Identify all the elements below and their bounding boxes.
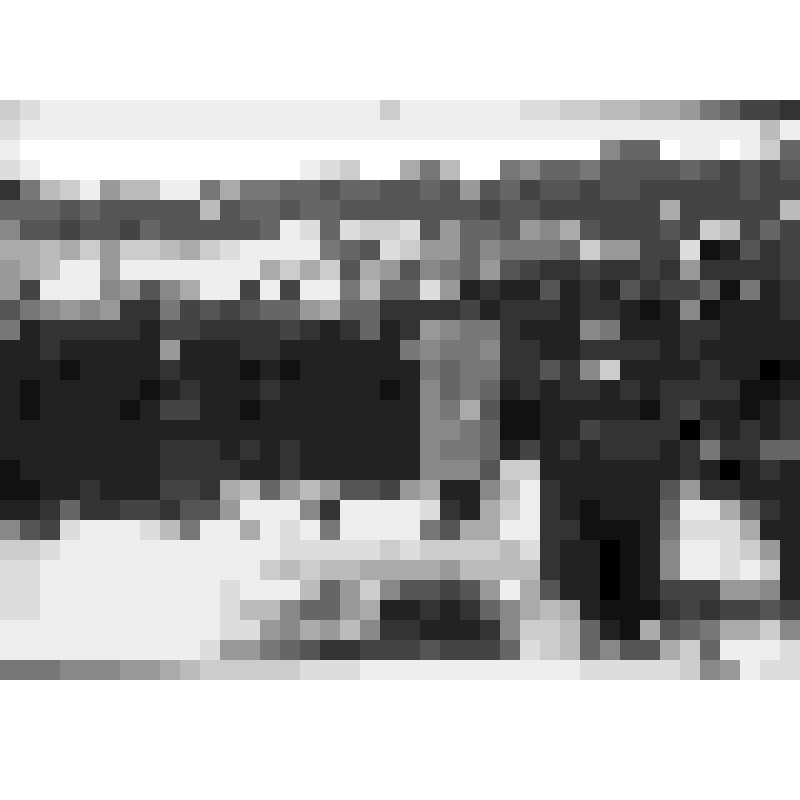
pixel-cell — [680, 540, 700, 560]
pixel-cell — [580, 200, 600, 220]
pixel-cell — [0, 100, 20, 120]
pixel-cell — [420, 160, 440, 180]
pixel-cell — [0, 700, 20, 720]
pixel-cell — [600, 200, 620, 220]
pixel-cell — [660, 460, 680, 480]
pixel-cell — [540, 340, 560, 360]
pixel-cell — [540, 680, 560, 700]
pixel-cell — [20, 200, 40, 220]
pixel-cell — [520, 400, 540, 420]
pixel-cell — [160, 0, 180, 20]
pixel-cell — [420, 0, 440, 20]
pixel-cell — [360, 620, 380, 640]
pixel-cell — [240, 140, 260, 160]
pixel-cell — [700, 620, 720, 640]
pixel-cell — [240, 600, 260, 620]
pixel-cell — [640, 380, 660, 400]
pixel-cell — [440, 780, 460, 800]
pixel-cell — [660, 240, 680, 260]
pixel-cell — [560, 260, 580, 280]
pixel-cell — [780, 260, 800, 280]
pixel-cell — [420, 720, 440, 740]
pixel-cell — [60, 180, 80, 200]
pixel-cell — [180, 580, 200, 600]
pixel-cell — [300, 160, 320, 180]
pixel-cell — [760, 140, 780, 160]
pixel-cell — [680, 140, 700, 160]
pixel-cell — [100, 60, 120, 80]
pixel-cell — [20, 780, 40, 800]
pixel-cell — [740, 540, 760, 560]
pixel-cell — [320, 320, 340, 340]
pixel-cell — [580, 480, 600, 500]
pixel-cell — [20, 300, 40, 320]
pixel-cell — [640, 720, 660, 740]
pixel-cell — [80, 40, 100, 60]
pixel-cell — [700, 260, 720, 280]
pixel-cell — [120, 640, 140, 660]
pixel-cell — [20, 140, 40, 160]
pixel-cell — [360, 480, 380, 500]
pixel-cell — [180, 620, 200, 640]
pixel-cell — [60, 720, 80, 740]
pixel-cell — [440, 280, 460, 300]
pixel-cell — [460, 660, 480, 680]
pixel-cell — [600, 560, 620, 580]
pixel-cell — [380, 60, 400, 80]
pixel-cell — [140, 540, 160, 560]
pixel-cell — [340, 180, 360, 200]
pixel-cell — [780, 240, 800, 260]
pixel-cell — [200, 480, 220, 500]
pixel-cell — [760, 60, 780, 80]
pixel-cell — [140, 200, 160, 220]
pixel-cell — [480, 580, 500, 600]
pixel-cell — [740, 60, 760, 80]
pixel-cell — [440, 320, 460, 340]
pixel-cell — [540, 320, 560, 340]
pixel-cell — [400, 40, 420, 60]
pixel-cell — [40, 560, 60, 580]
pixel-cell — [60, 400, 80, 420]
pixel-cell — [680, 160, 700, 180]
pixel-cell — [360, 640, 380, 660]
pixel-cell — [580, 720, 600, 740]
pixel-cell — [480, 240, 500, 260]
pixel-cell — [140, 420, 160, 440]
pixel-cell — [700, 420, 720, 440]
pixel-cell — [80, 120, 100, 140]
pixel-cell — [160, 700, 180, 720]
pixel-cell — [620, 180, 640, 200]
pixel-cell — [500, 80, 520, 100]
pixel-cell — [760, 120, 780, 140]
pixel-cell — [620, 780, 640, 800]
pixel-cell — [240, 300, 260, 320]
pixel-cell — [80, 740, 100, 760]
pixel-cell — [320, 40, 340, 60]
pixel-cell — [540, 0, 560, 20]
pixel-cell — [700, 220, 720, 240]
pixel-cell — [420, 780, 440, 800]
pixel-cell — [740, 200, 760, 220]
pixel-cell — [580, 420, 600, 440]
pixel-cell — [240, 80, 260, 100]
pixel-cell — [80, 360, 100, 380]
pixel-cell — [680, 780, 700, 800]
pixel-cell — [300, 720, 320, 740]
pixel-cell — [680, 240, 700, 260]
pixel-cell — [280, 0, 300, 20]
pixel-cell — [0, 320, 20, 340]
pixel-cell — [700, 280, 720, 300]
pixel-cell — [180, 320, 200, 340]
pixel-cell — [400, 360, 420, 380]
pixel-cell — [700, 560, 720, 580]
pixel-cell — [420, 700, 440, 720]
pixel-cell — [0, 740, 20, 760]
pixel-cell — [480, 100, 500, 120]
pixel-cell — [120, 340, 140, 360]
pixel-cell — [740, 260, 760, 280]
pixel-cell — [420, 120, 440, 140]
pixel-cell — [380, 440, 400, 460]
pixel-cell — [280, 260, 300, 280]
pixel-cell — [280, 500, 300, 520]
pixel-cell — [520, 280, 540, 300]
pixel-cell — [460, 620, 480, 640]
pixel-cell — [440, 660, 460, 680]
pixel-cell — [440, 620, 460, 640]
pixel-cell — [200, 180, 220, 200]
pixel-cell — [160, 200, 180, 220]
pixel-cell — [240, 680, 260, 700]
pixel-cell — [540, 560, 560, 580]
pixel-cell — [660, 440, 680, 460]
pixel-cell — [640, 300, 660, 320]
pixel-cell — [240, 720, 260, 740]
pixel-cell — [320, 380, 340, 400]
pixel-cell — [500, 220, 520, 240]
pixel-cell — [360, 140, 380, 160]
pixel-cell — [220, 400, 240, 420]
pixel-cell — [780, 100, 800, 120]
pixel-cell — [340, 60, 360, 80]
pixel-cell — [520, 140, 540, 160]
pixel-cell — [780, 460, 800, 480]
pixel-cell — [500, 460, 520, 480]
pixel-cell — [80, 580, 100, 600]
pixel-cell — [660, 780, 680, 800]
pixel-cell — [560, 200, 580, 220]
pixel-cell — [460, 440, 480, 460]
pixel-cell — [40, 100, 60, 120]
pixel-cell — [60, 320, 80, 340]
pixel-cell — [480, 20, 500, 40]
pixel-cell — [180, 180, 200, 200]
pixel-cell — [520, 720, 540, 740]
pixel-cell — [740, 280, 760, 300]
pixel-cell — [380, 80, 400, 100]
pixel-cell — [80, 260, 100, 280]
pixel-cell — [600, 540, 620, 560]
pixel-cell — [640, 620, 660, 640]
pixel-cell — [420, 740, 440, 760]
pixel-cell — [40, 400, 60, 420]
pixel-cell — [140, 240, 160, 260]
pixel-cell — [160, 240, 180, 260]
pixel-cell — [560, 620, 580, 640]
pixel-cell — [120, 100, 140, 120]
pixel-cell — [640, 280, 660, 300]
pixel-cell — [540, 240, 560, 260]
pixel-cell — [240, 160, 260, 180]
pixel-cell — [440, 700, 460, 720]
pixel-cell — [360, 380, 380, 400]
pixel-cell — [180, 340, 200, 360]
pixel-cell — [80, 100, 100, 120]
pixel-cell — [20, 720, 40, 740]
pixel-cell — [320, 220, 340, 240]
pixel-cell — [720, 380, 740, 400]
pixel-cell — [720, 740, 740, 760]
pixel-cell — [120, 60, 140, 80]
pixel-cell — [280, 400, 300, 420]
pixel-cell — [400, 580, 420, 600]
pixel-cell — [460, 480, 480, 500]
pixel-cell — [220, 60, 240, 80]
pixel-cell — [760, 20, 780, 40]
pixel-cell — [260, 360, 280, 380]
pixel-cell — [260, 280, 280, 300]
pixel-cell — [420, 580, 440, 600]
pixel-cell — [740, 20, 760, 40]
pixel-cell — [580, 600, 600, 620]
pixel-cell — [260, 660, 280, 680]
pixel-cell — [180, 740, 200, 760]
pixel-cell — [100, 720, 120, 740]
pixel-cell — [100, 260, 120, 280]
pixel-cell — [60, 420, 80, 440]
pixel-cell — [340, 540, 360, 560]
pixel-cell — [780, 700, 800, 720]
pixel-cell — [320, 440, 340, 460]
pixel-cell — [340, 300, 360, 320]
pixel-cell — [620, 380, 640, 400]
pixel-cell — [600, 300, 620, 320]
pixel-cell — [500, 120, 520, 140]
pixel-cell — [80, 400, 100, 420]
pixel-cell — [40, 480, 60, 500]
pixel-cell — [580, 180, 600, 200]
pixel-cell — [700, 200, 720, 220]
pixel-cell — [120, 140, 140, 160]
pixel-cell — [100, 540, 120, 560]
pixel-cell — [460, 680, 480, 700]
pixel-cell — [700, 380, 720, 400]
pixel-cell — [0, 120, 20, 140]
pixel-cell — [780, 300, 800, 320]
pixel-cell — [600, 140, 620, 160]
pixel-cell — [420, 460, 440, 480]
pixel-cell — [440, 760, 460, 780]
pixel-cell — [540, 720, 560, 740]
pixel-cell — [100, 520, 120, 540]
pixel-cell — [380, 180, 400, 200]
pixel-cell — [60, 200, 80, 220]
pixel-cell — [320, 600, 340, 620]
pixel-cell — [560, 220, 580, 240]
pixel-cell — [180, 680, 200, 700]
pixel-cell — [500, 780, 520, 800]
pixel-cell — [360, 460, 380, 480]
pixel-cell — [780, 760, 800, 780]
pixel-cell — [620, 760, 640, 780]
pixel-cell — [100, 640, 120, 660]
pixel-cell — [140, 480, 160, 500]
pixel-cell — [440, 460, 460, 480]
pixel-cell — [280, 20, 300, 40]
pixel-cell — [720, 540, 740, 560]
pixel-cell — [260, 600, 280, 620]
pixel-cell — [500, 700, 520, 720]
pixel-cell — [680, 440, 700, 460]
pixel-cell — [120, 660, 140, 680]
pixel-cell — [340, 720, 360, 740]
pixel-cell — [360, 740, 380, 760]
pixel-cell — [420, 480, 440, 500]
pixel-cell — [360, 440, 380, 460]
pixel-cell — [100, 20, 120, 40]
pixel-cell — [700, 600, 720, 620]
pixel-cell — [140, 220, 160, 240]
pixel-cell — [100, 280, 120, 300]
pixel-cell — [540, 500, 560, 520]
pixel-cell — [200, 20, 220, 40]
pixel-cell — [420, 420, 440, 440]
pixel-cell — [360, 240, 380, 260]
pixel-cell — [780, 80, 800, 100]
pixel-cell — [640, 740, 660, 760]
pixel-cell — [240, 400, 260, 420]
pixel-cell — [200, 780, 220, 800]
pixel-cell — [720, 420, 740, 440]
pixel-cell — [260, 260, 280, 280]
pixel-cell — [580, 100, 600, 120]
pixel-cell — [0, 40, 20, 60]
pixel-cell — [660, 0, 680, 20]
pixel-cell — [160, 100, 180, 120]
pixel-cell — [740, 720, 760, 740]
pixel-cell — [120, 560, 140, 580]
pixel-cell — [720, 100, 740, 120]
pixel-cell — [480, 560, 500, 580]
pixel-cell — [580, 280, 600, 300]
pixel-cell — [480, 520, 500, 540]
pixel-cell — [760, 560, 780, 580]
pixel-cell — [600, 360, 620, 380]
pixel-cell — [440, 540, 460, 560]
pixel-cell — [560, 140, 580, 160]
pixel-cell — [240, 760, 260, 780]
pixel-cell — [140, 160, 160, 180]
pixel-cell — [20, 80, 40, 100]
pixel-cell — [20, 440, 40, 460]
pixel-cell — [780, 280, 800, 300]
pixel-cell — [680, 700, 700, 720]
pixel-cell — [220, 20, 240, 40]
pixel-cell — [320, 500, 340, 520]
pixel-cell — [620, 540, 640, 560]
pixel-cell — [740, 380, 760, 400]
pixel-cell — [680, 260, 700, 280]
pixel-cell — [0, 140, 20, 160]
pixel-cell — [700, 680, 720, 700]
pixel-cell — [120, 400, 140, 420]
pixel-cell — [520, 520, 540, 540]
pixel-cell — [20, 40, 40, 60]
pixel-cell — [0, 460, 20, 480]
pixel-cell — [420, 440, 440, 460]
pixel-cell — [560, 0, 580, 20]
pixel-cell — [180, 480, 200, 500]
pixel-cell — [600, 120, 620, 140]
pixel-cell — [260, 40, 280, 60]
pixel-cell — [600, 740, 620, 760]
pixel-cell — [340, 500, 360, 520]
pixel-cell — [200, 540, 220, 560]
pixel-cell — [240, 500, 260, 520]
pixel-cell — [200, 40, 220, 60]
pixel-cell — [480, 640, 500, 660]
pixel-cell — [660, 660, 680, 680]
pixel-cell — [260, 340, 280, 360]
pixel-cell — [680, 100, 700, 120]
pixel-cell — [180, 720, 200, 740]
pixel-cell — [40, 360, 60, 380]
pixel-cell — [40, 320, 60, 340]
pixel-cell — [140, 20, 160, 40]
pixel-cell — [700, 240, 720, 260]
pixel-cell — [720, 160, 740, 180]
pixel-cell — [100, 200, 120, 220]
pixel-cell — [40, 460, 60, 480]
pixel-cell — [320, 240, 340, 260]
pixel-cell — [460, 140, 480, 160]
pixel-cell — [740, 600, 760, 620]
pixel-cell — [80, 540, 100, 560]
pixel-cell — [200, 260, 220, 280]
pixel-cell — [260, 120, 280, 140]
pixel-cell — [340, 340, 360, 360]
pixel-cell — [580, 440, 600, 460]
pixel-cell — [200, 440, 220, 460]
pixel-cell — [540, 60, 560, 80]
pixel-cell — [440, 120, 460, 140]
pixel-cell — [20, 0, 40, 20]
pixel-cell — [140, 140, 160, 160]
pixel-cell — [20, 60, 40, 80]
pixel-cell — [760, 540, 780, 560]
pixel-cell — [600, 780, 620, 800]
pixel-cell — [220, 460, 240, 480]
pixel-cell — [560, 300, 580, 320]
pixel-cell — [260, 780, 280, 800]
pixel-cell — [300, 400, 320, 420]
pixel-cell — [640, 360, 660, 380]
pixel-cell — [700, 140, 720, 160]
pixel-cell — [180, 600, 200, 620]
